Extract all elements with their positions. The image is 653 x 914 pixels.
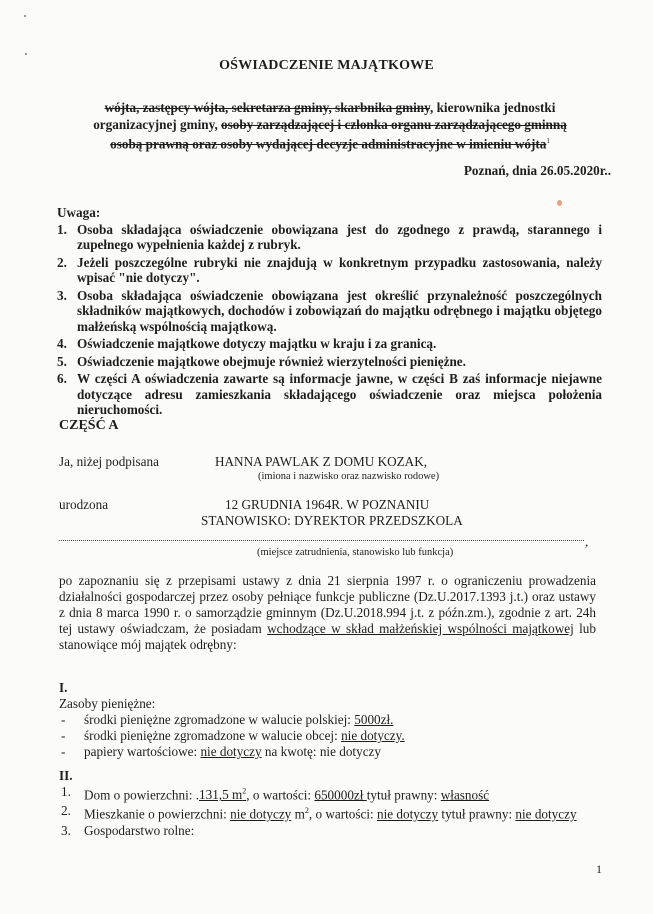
section-a-heading: CZĘŚĆ A	[59, 418, 119, 434]
signed-caption: (imiona i nazwisko oraz nazwisko rodowe)	[258, 471, 439, 482]
signed-name-value: HANNA PAWLAK Z DOMU KOZAK,	[215, 454, 427, 470]
signed-label: Ja, niżej podpisana	[59, 454, 159, 470]
apartment-value-label: , o wartości:	[309, 807, 377, 822]
list-dash: -	[61, 728, 65, 744]
document-page: OŚWIADCZENIE MAJĄTKOWE wójta, zastępcy w…	[0, 0, 653, 914]
document-title: OŚWIADCZENIE MAJĄTKOWE	[0, 58, 653, 74]
position-caption: (miejsce zatrudnienia, stanowisko lub fu…	[257, 547, 453, 558]
item-value: nie dotyczy	[200, 744, 261, 759]
note-item: 1.Osoba składająca oświadczenie obowiąza…	[57, 222, 602, 253]
item-value: 5000zł.	[354, 712, 393, 727]
list-number: 3.	[61, 823, 71, 839]
subtitle-struck-part-1: wójta, zastępcy wójta, sekretarza gminy,…	[105, 100, 430, 115]
note-text: Osoba składająca oświadczenie obowiązana…	[77, 288, 602, 334]
position-dotted-line	[59, 538, 584, 541]
page-number: 1	[596, 862, 602, 877]
note-number: 1.	[57, 222, 67, 238]
apartment-label: Mieszkanie o powierzchni:	[84, 807, 230, 822]
note-item: 2.Jeżeli poszczególne rubryki nie znajdu…	[57, 255, 602, 286]
place-and-date: Poznań, dnia 26.05.2020r..	[464, 163, 611, 179]
cash-pln-item: -środki pieniężne zgromadzone w walucie …	[59, 712, 405, 728]
apartment-title-label: tytuł prawny:	[438, 807, 515, 822]
notes-section: Uwaga: 1.Osoba składająca oświadczenie o…	[57, 205, 602, 420]
list-dash: -	[61, 712, 65, 728]
list-number: 1.	[61, 784, 71, 800]
note-item: 4.Oświadczenie majątkowe dotyczy majątku…	[57, 336, 602, 352]
notes-list: 1.Osoba składająca oświadczenie obowiąza…	[57, 222, 602, 418]
declaration-underlined-option: wchodzące w skład małżeńskiej wspólności…	[267, 621, 574, 636]
note-item: 6.W części A oświadczenia zawarte są inf…	[57, 371, 602, 418]
document-subtitle: wójta, zastępcy wójta, sekretarza gminy,…	[80, 99, 580, 152]
note-number: 3.	[57, 288, 67, 304]
part-i-numeral: I.	[59, 680, 67, 696]
note-number: 6.	[57, 371, 67, 387]
notes-heading: Uwaga:	[57, 205, 602, 221]
apartment-title: nie dotyczy	[515, 807, 576, 822]
declaration-paragraph: po zapoznaniu się z przepisami ustawy z …	[59, 573, 596, 653]
note-item: 3.Osoba składająca oświadczenie obowiąza…	[57, 288, 602, 335]
position-value: STANOWISKO: DYREKTOR PRZEDSZKOLA	[201, 513, 463, 529]
note-text: Oświadczenie majątkowe dotyczy majątku w…	[77, 336, 436, 351]
house-value-label: , o wartości:	[246, 787, 314, 802]
part-i-list: -środki pieniężne zgromadzone w walucie …	[59, 712, 405, 760]
part-i-heading: Zasoby pieniężne:	[59, 696, 155, 712]
item-suffix: na kwotę: nie dotyczy	[262, 744, 381, 759]
note-number: 5.	[57, 354, 67, 370]
note-item: 5.Oświadczenie majątkowe obejmuje równie…	[57, 354, 602, 370]
part-ii-numeral: II.	[59, 768, 73, 784]
apartment-item: 2.Mieszkanie o powierzchni: nie dotyczy …	[59, 803, 577, 822]
dotline-comma: ,	[585, 534, 588, 550]
house-title: własność	[441, 787, 489, 802]
apartment-value: nie dotyczy	[377, 807, 438, 822]
securities-item: -papiery wartościowe: nie dotyczy na kwo…	[59, 744, 405, 760]
note-text: Oświadczenie majątkowe obejmuje również …	[77, 354, 466, 369]
house-area-value: 131,5 m	[199, 787, 242, 802]
footnote-mark: 1	[546, 137, 550, 145]
item-label: środki pieniężne zgromadzone w walucie o…	[84, 728, 341, 743]
item-label: papiery wartościowe:	[84, 744, 200, 759]
house-label: Dom o powierzchni: .	[84, 787, 199, 802]
note-text: W części A oświadczenia zawarte są infor…	[77, 371, 602, 417]
house-area: 131,5 m2	[199, 787, 246, 802]
cash-foreign-item: -środki pieniężne zgromadzone w walucie …	[59, 728, 405, 744]
list-dash: -	[61, 744, 65, 760]
item-label: środki pieniężne zgromadzone w walucie p…	[84, 712, 354, 727]
farm-label: Gospodarstwo rolne:	[84, 823, 194, 838]
note-text: Osoba składająca oświadczenie obowiązana…	[77, 222, 602, 253]
apartment-area-unit: m	[291, 807, 305, 822]
house-title-label: tytuł prawny:	[367, 787, 441, 802]
born-value: 12 GRUDNIA 1964R. W POZNANIU	[225, 497, 429, 513]
house-value: 650000zł	[314, 787, 366, 802]
born-label: urodzona	[59, 497, 108, 513]
house-item: 1.Dom o powierzchni: .131,5 m2, o wartoś…	[59, 784, 577, 803]
note-text: Jeżeli poszczególne rubryki nie znajdują…	[77, 255, 602, 286]
item-value: nie dotyczy.	[341, 728, 405, 743]
list-number: 2.	[61, 803, 71, 819]
note-number: 2.	[57, 255, 67, 271]
apartment-area: nie dotyczy	[230, 807, 291, 822]
part-ii-list: 1.Dom o powierzchni: .131,5 m2, o wartoś…	[59, 784, 577, 839]
farm-item: 3.Gospodarstwo rolne:	[59, 823, 577, 839]
scan-speck	[25, 53, 27, 55]
scan-speck	[24, 15, 26, 17]
note-number: 4.	[57, 336, 67, 352]
